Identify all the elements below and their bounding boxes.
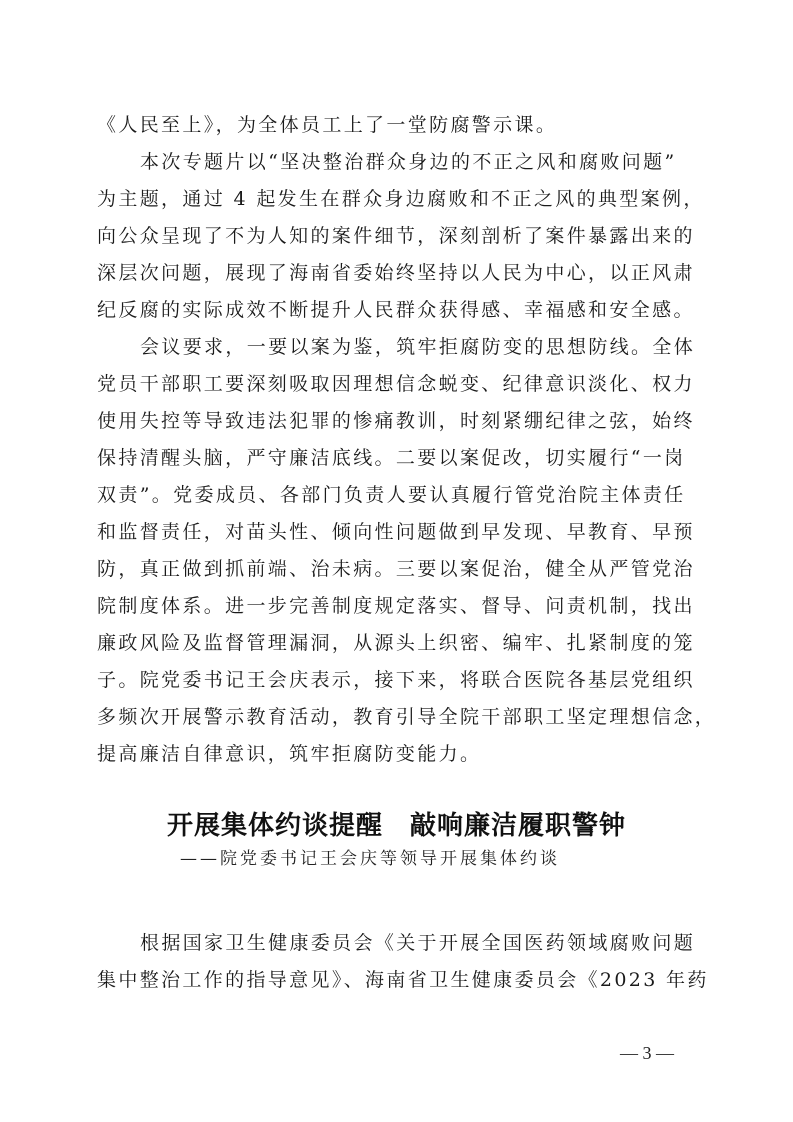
paragraph-line: 提高廉洁自律意识，筑牢拒腐防变能力。 xyxy=(97,739,700,769)
section-title: 开展集体约谈提醒 敲响廉洁履职警钟 xyxy=(0,808,793,844)
paragraph-line: 《人民至上》，为全体员工上了一堂防腐警示课。 xyxy=(97,110,700,140)
paragraph-line: 深层次问题，展现了海南省委始终坚持以人民为中心，以正风肃 xyxy=(97,258,700,288)
document-page: 《人民至上》，为全体员工上了一堂防腐警示课。 本次专题片以“坚决整治群众身边的不… xyxy=(0,0,793,1122)
paragraph-line: 纪反腐的实际成效不断提升人民群众获得感、幸福感和安全感。 xyxy=(97,295,700,325)
paragraph-line: 防，真正做到抓前端、治未病。三要以案促治，健全从严管党治 xyxy=(97,554,700,584)
paragraph-line: 使用失控等导致违法犯罪的惨痛教训，时刻紧绷纪律之弦，始终 xyxy=(97,406,700,436)
paragraph-line: 保持清醒头脑，严守廉洁底线。二要以案促改，切实履行“一岗 xyxy=(97,443,700,473)
paragraph-line: 廉政风险及监督管理漏洞，从源头上织密、编牢、扎紧制度的笼 xyxy=(97,628,700,658)
paragraph-line: 和监督责任，对苗头性、倾向性问题做到早发现、早教育、早预 xyxy=(97,517,700,547)
paragraph-line: 为主题，通过 4 起发生在群众身边腐败和不正之风的典型案例， xyxy=(97,184,700,214)
paragraph-line: 双责”。党委成员、各部门负责人要认真履行管党治院主体责任 xyxy=(97,480,700,510)
paragraph-line: 集中整治工作的指导意见》、海南省卫生健康委员会《2023 年药 xyxy=(97,965,700,995)
paragraph-line: 向公众呈现了不为人知的案件细节，深刻剖析了案件暴露出来的 xyxy=(97,221,700,251)
paragraph-line: 党员干部职工要深刻吸取因理想信念蜕变、纪律意识淡化、权力 xyxy=(97,369,700,399)
paragraph-line: 本次专题片以“坚决整治群众身边的不正之风和腐败问题” xyxy=(140,147,700,177)
page-number: — 3 — xyxy=(620,1040,674,1066)
paragraph-line: 子。院党委书记王会庆表示，接下来，将联合医院各基层党组织 xyxy=(97,665,700,695)
paragraph-line: 会议要求，一要以案为鉴，筑牢拒腐防变的思想防线。全体 xyxy=(140,332,700,362)
paragraph-line: 多频次开展警示教育活动，教育引导全院干部职工坚定理想信念， xyxy=(97,702,700,732)
paragraph-line: 院制度体系。进一步完善制度规定落实、督导、问责机制，找出 xyxy=(97,591,700,621)
section-subtitle: ——院党委书记王会庆等领导开展集体约谈 xyxy=(180,846,560,872)
paragraph-line: 根据国家卫生健康委员会《关于开展全国医药领域腐败问题 xyxy=(140,928,700,958)
